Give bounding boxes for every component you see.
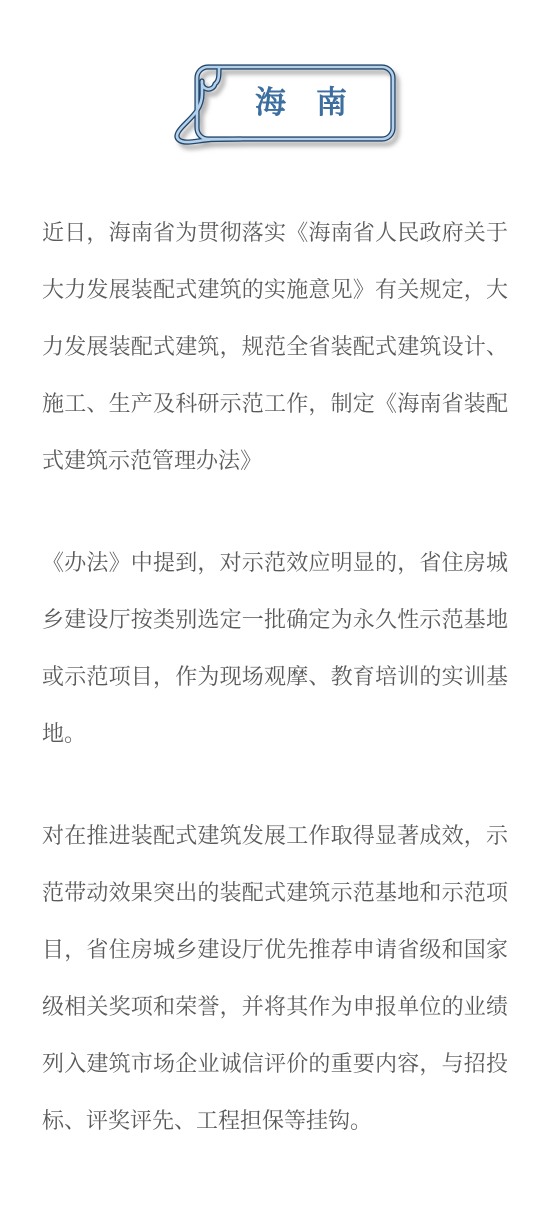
province-badge-label: 海南 bbox=[211, 78, 391, 128]
province-badge: 海南 bbox=[149, 56, 401, 152]
article-paragraph: 《办法》中提到，对示范效应明显的，省住房城乡建设厅按类别选定一批确定为永久性示范… bbox=[42, 534, 508, 762]
article-paragraph: 对在推进装配式建筑发展工作取得显著成效，示范带动效果突出的装配式建筑示范基地和示… bbox=[42, 807, 508, 1149]
article-body: 近日，海南省为贯彻落实《海南省人民政府关于大力发展装配式建筑的实施意见》有关规定… bbox=[0, 152, 550, 1149]
province-badge-container: 海南 bbox=[0, 0, 550, 152]
article-paragraph: 近日，海南省为贯彻落实《海南省人民政府关于大力发展装配式建筑的实施意见》有关规定… bbox=[42, 204, 508, 489]
